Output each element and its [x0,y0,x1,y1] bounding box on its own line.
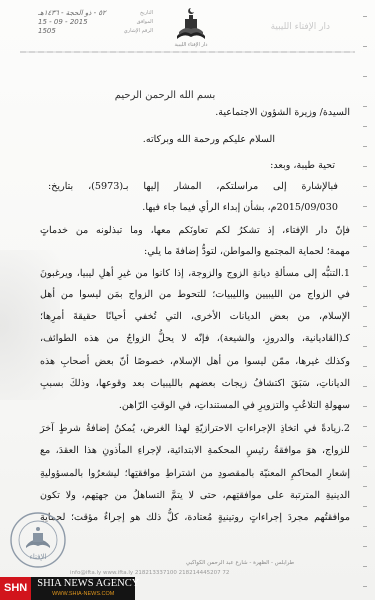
shn-badge: SHN [0,577,31,600]
gregorian-label: الموافق [137,19,153,25]
salutation: تحية طيبة، وبعد: [270,160,335,172]
body-line: 2015/09/030م، بشأن إبداء الرأي فيما جاء … [142,202,338,214]
body-line: للزواج، هوَ موافقةُ رئيسِ المحكمةِ الابت… [40,445,350,457]
footer-address: طرابلس - الظهرة - شارع عبد الرحمن الكواك… [150,560,330,566]
body-line: فإنّ دار الإفتاء، إذ تشكرُ لكم تعاونَكم … [40,225,350,237]
body-line: الدياناتِ، سَبَقَ اكتشافُ زيجات بعضهم با… [40,378,350,390]
agency-box: SHIA NEWS AGENCY WWW.SHIA-NEWS.COM [31,577,135,600]
date-label: التاريخ [140,10,153,16]
gregorian-date: 2015 - 09 - 15 [38,18,88,26]
body-line: الإسلام، من بعض الديانات الأخرى، التي تُ… [40,311,350,323]
reference-number: 1505 [38,27,56,35]
addressee: السيدة/ وزيرة الشؤون الاجتماعية. [30,107,350,119]
agency-url: WWW.SHIA-NEWS.COM [37,590,129,598]
body-line: سهولةِ التلاعُبِ والتزويرِ في المستنداتِ… [119,400,350,412]
body-line: في الزواج من الليبيين والليبيات؛ للتحوط … [40,289,350,301]
margin-ticks [361,10,367,600]
body-line: الدينيةِ المترتبة على موافقتِهم، حتى لا … [40,490,350,502]
official-stamp-icon: الإفتاء [8,510,68,570]
body-line: 2.زيادةً في اتخاذِ الإجراءاتِ الاحترازيّ… [40,423,350,435]
hijri-date: ٥٢ - ذو الحجة - ١٤٣٦هـ [38,9,106,17]
agency-title: SHIA NEWS AGENCY [37,578,129,590]
logo-caption: دار الإفتاء الليبية [170,42,212,48]
shia-news-agency-watermark: SHN SHIA NEWS AGENCY WWW.SHIA-NEWS.COM [0,577,135,600]
body-line: 1.التنبُّه إلى مسألةِ ديانةِ الزوج والزو… [40,268,350,280]
body-line: إشعارِ المحاكمِ المعنيّة بالمقصودِ من اش… [40,468,350,480]
ifta-logo-icon [174,6,208,46]
body-line: فبالإشارة إلى مراسلتكم، المشار إليها بـ(… [48,181,338,193]
scanned-letter-page: التاريخ٥٢ - ذو الحجة - ١٤٣٦هـ الموافق201… [0,0,375,600]
basmala: بسم الله الرحمن الرحيم [95,90,235,101]
body-line: كـ(القاديانية، والدروزِ، والشيعة)، فإنّه… [40,333,350,345]
body-line: مهمة؛ لحماية المجتمع والمواطن، لتودُّ إض… [144,246,350,258]
letter-reference-block: التاريخ٥٢ - ذو الحجة - ١٤٣٦هـ الموافق201… [38,8,153,35]
svg-text:الإفتاء: الإفتاء [30,553,47,561]
body-line: موافقتُهم مجردَ إجراءاتٍ روتينيةٍ مُعتاد… [40,512,350,524]
footer-contacts: info@ifta.ly www.ifta.ly 218213337100 21… [70,570,330,576]
header-divider [20,51,355,53]
reference-label: الرقم الإشاري [124,28,153,34]
greeting: السلام عليكم ورحمة الله وبركاته. [143,134,275,146]
body-line: وكذلك غيرها، ممّن ليسوا من أهل الإسلام، … [40,356,350,368]
organization-name: دار الإفتاء الليبية [250,22,330,32]
